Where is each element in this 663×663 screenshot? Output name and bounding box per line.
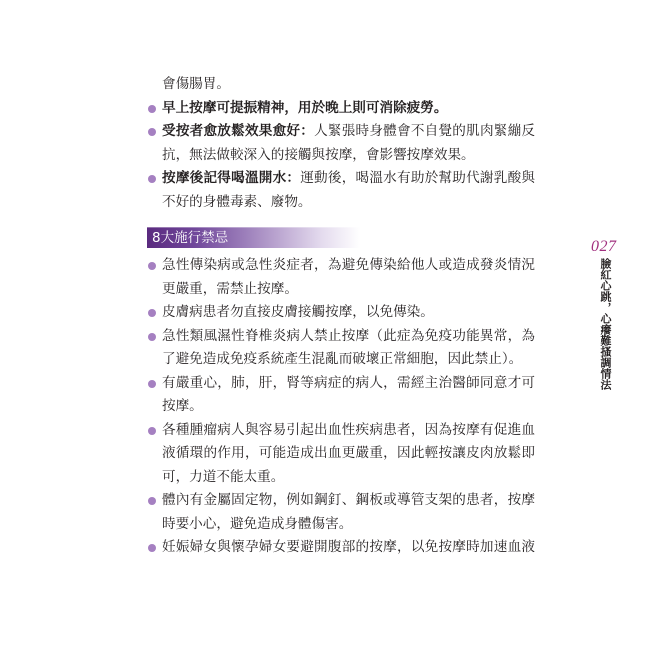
tip-text: 抗，無法做較深入的接觸與按摩，會影響按摩效果。 — [162, 144, 535, 168]
list-item-line: 有嚴重心，肺，肝，腎等病症的病人，需經主治醫師同意才可 — [162, 372, 535, 396]
list-item: 皮膚病患者勿直接皮膚接觸按摩，以免傳染。 — [162, 301, 535, 325]
list-item: 有嚴重心，肺，肝，腎等病症的病人，需經主治醫師同意才可 按摩。 — [162, 372, 535, 419]
bullet-icon — [148, 105, 156, 113]
list-item-line: 皮膚病患者勿直接皮膚接觸按摩，以免傳染。 — [162, 301, 535, 325]
tip-text: 運動後，喝溫水有助於幫助代謝乳酸與 — [300, 170, 535, 186]
list-item-line: 可，力道不能太重。 — [162, 466, 535, 490]
list-item-line: 時要小心，避免造成身體傷害。 — [162, 513, 535, 537]
list-item: 急性類風濕性脊椎炎病人禁止按摩（此症為免疫功能異常，為 了避免造成免疫系統產生混… — [162, 325, 535, 372]
bullet-icon — [148, 175, 156, 183]
tip-text: 不好的身體毒素、廢物。 — [162, 191, 535, 215]
bullet-icon — [148, 309, 156, 317]
tip-heading: 早上按摩可提振精神，用於晚上則可消除疲勞。 — [162, 100, 447, 116]
tip-item: 受按者愈放鬆效果愈好：人緊張時身體會不自覺的肌肉緊繃反 抗，無法做較深入的接觸與… — [162, 120, 535, 167]
list-item-line: 按摩。 — [162, 395, 535, 419]
running-title: 臉紅心跳，心癢難搔調情法 — [598, 258, 612, 390]
list-item: 急性傳染病或急性炎症者，為避免傳染給他人或造成發炎情況 更嚴重，需禁止按摩。 — [162, 254, 535, 301]
bullet-icon — [148, 262, 156, 270]
bullet-icon — [148, 497, 156, 505]
contraindications-list: 急性傳染病或急性炎症者，為避免傳染給他人或造成發炎情況 更嚴重，需禁止按摩。 皮… — [162, 254, 535, 560]
bullet-icon — [148, 333, 156, 341]
bullet-icon — [148, 544, 156, 552]
tip-item: 早上按摩可提振精神，用於晚上則可消除疲勞。 — [162, 97, 535, 121]
section-heading: 8大施行禁忌 — [152, 228, 228, 248]
bullet-icon — [148, 128, 156, 136]
bullet-icon — [148, 380, 156, 388]
tip-heading: 按摩後記得喝溫開水： — [162, 170, 300, 186]
list-item-line: 液循環的作用，可能造成出血更嚴重，因此輕按讓皮肉放鬆即 — [162, 442, 535, 466]
tip-text: 人緊張時身體會不自覺的肌肉緊繃反 — [314, 123, 535, 139]
list-item-line: 急性傳染病或急性炎症者，為避免傳染給他人或造成發炎情況 — [162, 254, 535, 278]
tip-item: 按摩後記得喝溫開水：運動後，喝溫水有助於幫助代謝乳酸與 不好的身體毒素、廢物。 — [162, 167, 535, 214]
list-item-line: 體內有金屬固定物，例如鋼釘、鋼板或導管支架的患者，按摩 — [162, 489, 535, 513]
page-number: 027 — [591, 238, 625, 256]
list-item-line: 急性類風濕性脊椎炎病人禁止按摩（此症為免疫功能異常，為 — [162, 325, 535, 349]
list-item: 各種腫瘤病人與容易引起出血性疾病患者，因為按摩有促進血 液循環的作用，可能造成出… — [162, 419, 535, 490]
bullet-icon — [148, 427, 156, 435]
list-item-line: 更嚴重，需禁止按摩。 — [162, 278, 535, 302]
tips-section: 會傷腸胃。 早上按摩可提振精神，用於晚上則可消除疲勞。 受按者愈放鬆效果愈好：人… — [162, 73, 535, 214]
tip-heading: 受按者愈放鬆效果愈好： — [162, 123, 314, 139]
paragraph-continuation: 會傷腸胃。 — [162, 73, 535, 97]
list-item: 妊娠婦女與懷孕婦女要避開腹部的按摩，以免按摩時加速血液 — [162, 536, 535, 560]
list-item-line: 妊娠婦女與懷孕婦女要避開腹部的按摩，以免按摩時加速血液 — [162, 536, 535, 560]
section-header-bar: 8大施行禁忌 — [147, 227, 360, 248]
list-item-line: 各種腫瘤病人與容易引起出血性疾病患者，因為按摩有促進血 — [162, 419, 535, 443]
list-item: 體內有金屬固定物，例如鋼釘、鋼板或導管支架的患者，按摩 時要小心，避免造成身體傷… — [162, 489, 535, 536]
list-item-line: 了避免造成免疫系統產生混亂而破壞正常細胞，因此禁止）。 — [162, 348, 535, 372]
